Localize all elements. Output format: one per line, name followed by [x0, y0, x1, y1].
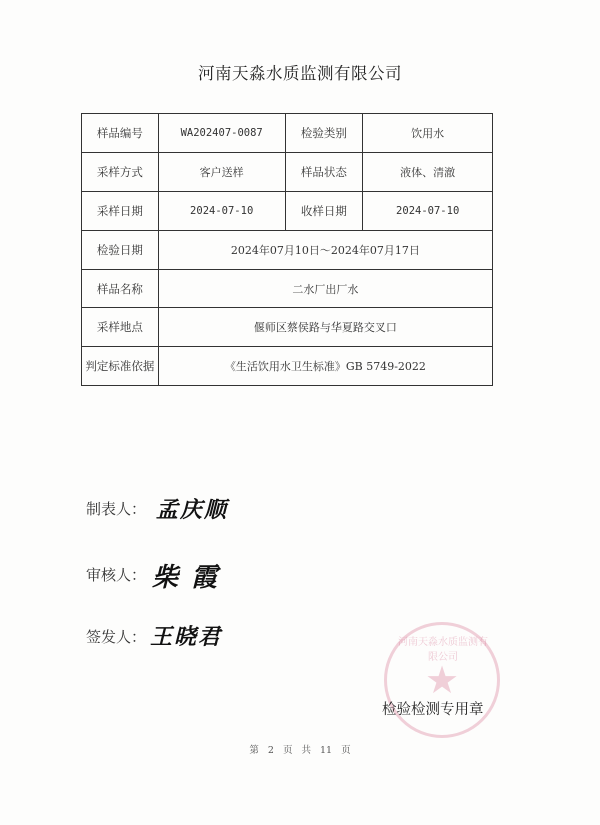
value-receipt-date: 2024-07-10 — [363, 191, 493, 230]
table-row: 采样日期 2024-07-10 收样日期 2024-07-10 — [82, 191, 493, 230]
value-sample-name: 二水厂出厂水 — [158, 269, 492, 308]
value-test-category: 饮用水 — [363, 114, 493, 153]
label-standard-basis: 判定标准依据 — [82, 347, 159, 386]
official-seal: 河南天淼水质监测有限公司 ★ — [384, 622, 500, 738]
table-row: 样品名称 二水厂出厂水 — [82, 269, 493, 308]
label-test-category: 检验类别 — [285, 114, 363, 153]
company-title: 河南天淼水质监测有限公司 — [0, 60, 600, 84]
label-receipt-date: 收样日期 — [285, 191, 363, 230]
table-row: 样品编号 WA202407-0087 检验类别 饮用水 — [82, 114, 493, 153]
issuer-label: 签发人： — [86, 626, 146, 647]
preparer-label: 制表人： — [86, 498, 146, 519]
value-sample-state: 液体、清澈 — [363, 152, 493, 191]
label-test-date: 检验日期 — [82, 230, 159, 269]
value-test-date: 2024年07月10日～2024年07月17日 — [158, 230, 492, 269]
value-sampling-location: 偃师区蔡侯路与华夏路交叉口 — [158, 308, 492, 347]
value-sampling-date: 2024-07-10 — [158, 191, 285, 230]
preparer-signature: 孟庆顺 — [156, 493, 228, 524]
table-row: 判定标准依据 《生活饮用水卫生标准》GB 5749-2022 — [82, 347, 493, 386]
table-row: 采样地点 偃师区蔡侯路与华夏路交叉口 — [82, 308, 493, 347]
page-number: 第 2 页 共 11 页 — [0, 742, 600, 756]
table-row: 检验日期 2024年07月10日～2024年07月17日 — [82, 230, 493, 269]
star-icon: ★ — [425, 661, 459, 699]
seal-label: 检验检测专用章 — [382, 698, 484, 719]
table-row: 采样方式 客户送样 样品状态 液体、清澈 — [82, 152, 493, 191]
value-standard-basis: 《生活饮用水卫生标准》GB 5749-2022 — [158, 347, 492, 386]
label-sampling-method: 采样方式 — [82, 152, 159, 191]
issuer-signature: 王晓君 — [150, 620, 222, 651]
reviewer-label: 审核人： — [86, 564, 146, 585]
label-sample-id: 样品编号 — [82, 114, 159, 153]
label-sampling-location: 采样地点 — [82, 308, 159, 347]
sample-info-table: 样品编号 WA202407-0087 检验类别 饮用水 采样方式 客户送样 样品… — [81, 113, 493, 386]
label-sampling-date: 采样日期 — [82, 191, 159, 230]
reviewer-signature: 柴 霞 — [152, 557, 219, 594]
label-sample-name: 样品名称 — [82, 269, 159, 308]
value-sample-id: WA202407-0087 — [158, 114, 285, 153]
value-sampling-method: 客户送样 — [158, 152, 285, 191]
label-sample-state: 样品状态 — [285, 152, 363, 191]
